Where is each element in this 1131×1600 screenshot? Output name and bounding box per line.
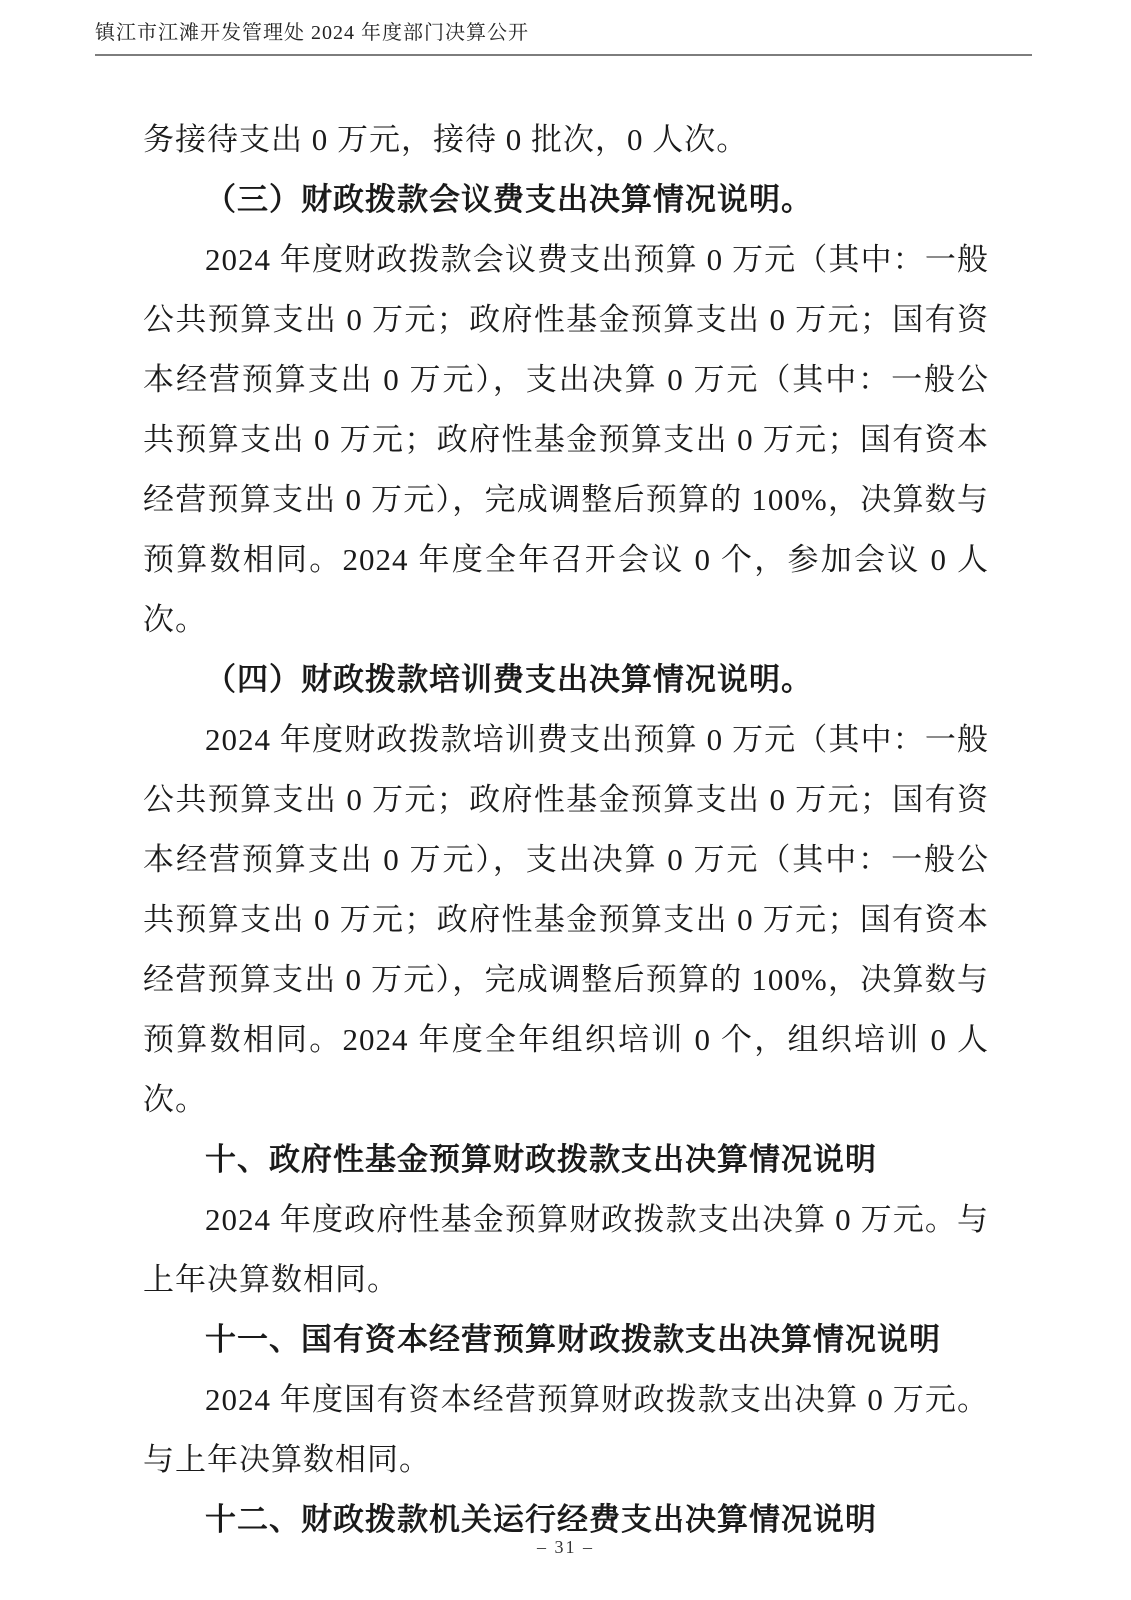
body-paragraph: 务接待支出 0 万元，接待 0 批次，0 人次。: [143, 110, 989, 170]
section-heading: （三）财政拨款会议费支出决算情况说明。: [143, 170, 989, 230]
body-paragraph: 2024 年度财政拨款培训费支出预算 0 万元（其中：一般公共预算支出 0 万元…: [143, 710, 989, 1130]
body-paragraph: 2024 年度财政拨款会议费支出预算 0 万元（其中：一般公共预算支出 0 万元…: [143, 230, 989, 650]
document-content: 务接待支出 0 万元，接待 0 批次，0 人次。（三）财政拨款会议费支出决算情况…: [143, 110, 989, 1550]
document-page: 镇江市江滩开发管理处 2024 年度部门决算公开 务接待支出 0 万元，接待 0…: [0, 0, 1131, 1600]
section-heading: 十一、国有资本经营预算财政拨款支出决算情况说明: [143, 1310, 989, 1370]
header-rule: [95, 54, 1032, 56]
page-header: 镇江市江滩开发管理处 2024 年度部门决算公开: [95, 16, 1032, 56]
header-title: 镇江市江滩开发管理处 2024 年度部门决算公开: [95, 16, 1032, 45]
page-footer: – 31 –: [0, 1537, 1131, 1558]
page-number: – 31 –: [537, 1537, 594, 1557]
body-paragraph: 2024 年度国有资本经营预算财政拨款支出决算 0 万元。与上年决算数相同。: [143, 1370, 989, 1490]
section-heading: 十、政府性基金预算财政拨款支出决算情况说明: [143, 1130, 989, 1190]
body-paragraph: 2024 年度政府性基金预算财政拨款支出决算 0 万元。与上年决算数相同。: [143, 1190, 989, 1310]
section-heading: （四）财政拨款培训费支出决算情况说明。: [143, 650, 989, 710]
